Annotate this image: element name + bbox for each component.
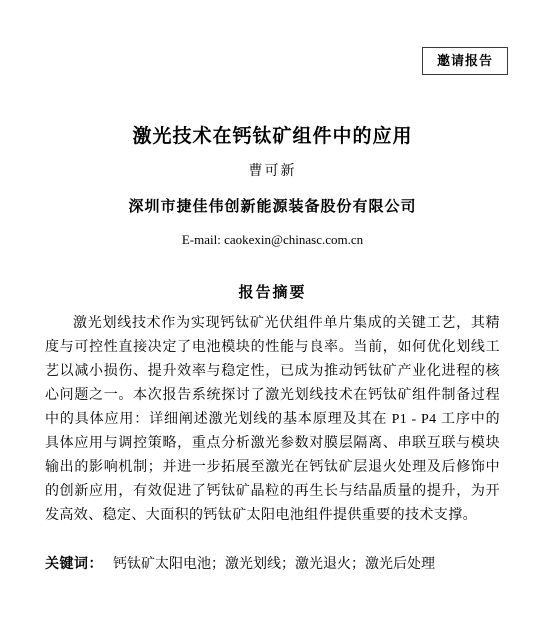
abstract-text: 激光划线技术作为实现钙钛矿光伏组件单片集成的关键工艺，其精度与可控性直接决定了电… [45,312,500,528]
author-email: E-mail: caokexin@chinasc.com.cn [45,231,500,249]
keywords-label: 关键词： [45,557,103,572]
author-affiliation: 深圳市捷佳伟创新能源装备股份有限公司 [45,196,500,217]
keywords-text: 钙钛矿太阳电池；激光划线；激光退火；激光后处理 [113,557,435,572]
report-title: 激光技术在钙钛矿组件中的应用 [45,0,500,150]
report-abstract-page: 邀请报告 激光技术在钙钛矿组件中的应用 曹可新 深圳市捷佳伟创新能源装备股份有限… [0,0,544,625]
keywords-line: 关键词：钙钛矿太阳电池；激光划线；激光退火；激光后处理 [45,554,500,576]
page-content: 激光技术在钙钛矿组件中的应用 曹可新 深圳市捷佳伟创新能源装备股份有限公司 E-… [0,0,544,576]
author-name: 曹可新 [45,162,500,182]
abstract-heading: 报告摘要 [45,282,500,303]
invited-report-badge: 邀请报告 [422,47,508,75]
